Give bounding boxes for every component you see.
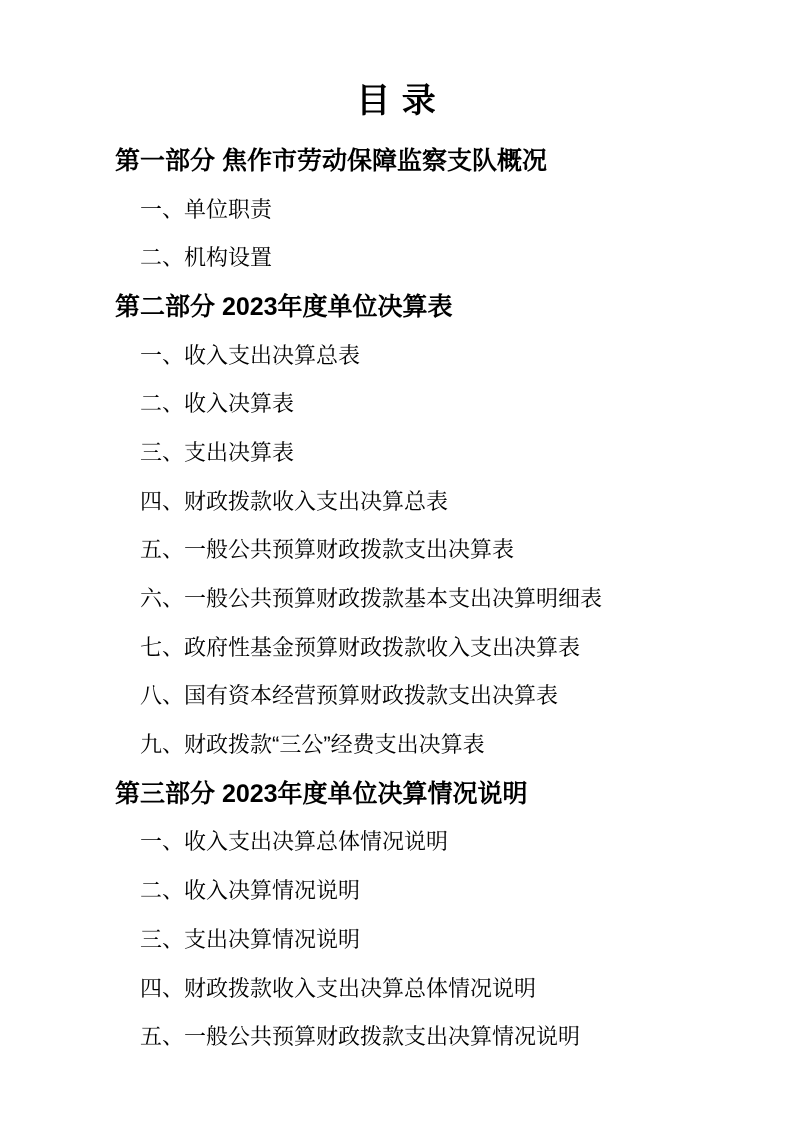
toc-item: 八、国有资本经营预算财政拨款支出决算表 bbox=[115, 671, 753, 720]
toc-item: 二、机构设置 bbox=[115, 232, 753, 281]
toc-item: 三、支出决算情况说明 bbox=[115, 914, 753, 963]
section-heading-part1: 第一部分 焦作市劳动保障监察支队概况 bbox=[115, 135, 753, 184]
section-heading-part3: 第三部分 2023年度单位决算情况说明 bbox=[115, 768, 753, 817]
toc-item: 二、收入决算情况说明 bbox=[115, 865, 753, 914]
toc-item: 二、收入决算表 bbox=[115, 378, 753, 427]
document-page: 目 录 第一部分 焦作市劳动保障监察支队概况 一、单位职责 二、机构设置 第二部… bbox=[0, 0, 793, 1122]
section-heading-part2: 第二部分 2023年度单位决算表 bbox=[115, 281, 753, 330]
toc-item: 五、一般公共预算财政拨款支出决算情况说明 bbox=[115, 1011, 753, 1060]
toc-item: 一、收入支出决算总体情况说明 bbox=[115, 817, 753, 866]
toc-item: 六、一般公共预算财政拨款基本支出决算明细表 bbox=[115, 573, 753, 622]
toc-item: 一、收入支出决算总表 bbox=[115, 330, 753, 379]
toc-item: 三、支出决算表 bbox=[115, 427, 753, 476]
toc-item: 一、单位职责 bbox=[115, 184, 753, 233]
toc-title: 目 录 bbox=[0, 0, 793, 123]
toc-item: 四、财政拨款收入支出决算总表 bbox=[115, 476, 753, 525]
toc-list: 第一部分 焦作市劳动保障监察支队概况 一、单位职责 二、机构设置 第二部分 20… bbox=[0, 135, 793, 1060]
toc-item: 四、财政拨款收入支出决算总体情况说明 bbox=[115, 963, 753, 1012]
toc-item: 五、一般公共预算财政拨款支出决算表 bbox=[115, 525, 753, 574]
toc-item: 七、政府性基金预算财政拨款收入支出决算表 bbox=[115, 622, 753, 671]
toc-item: 九、财政拨款“三公”经费支出决算表 bbox=[115, 719, 753, 768]
